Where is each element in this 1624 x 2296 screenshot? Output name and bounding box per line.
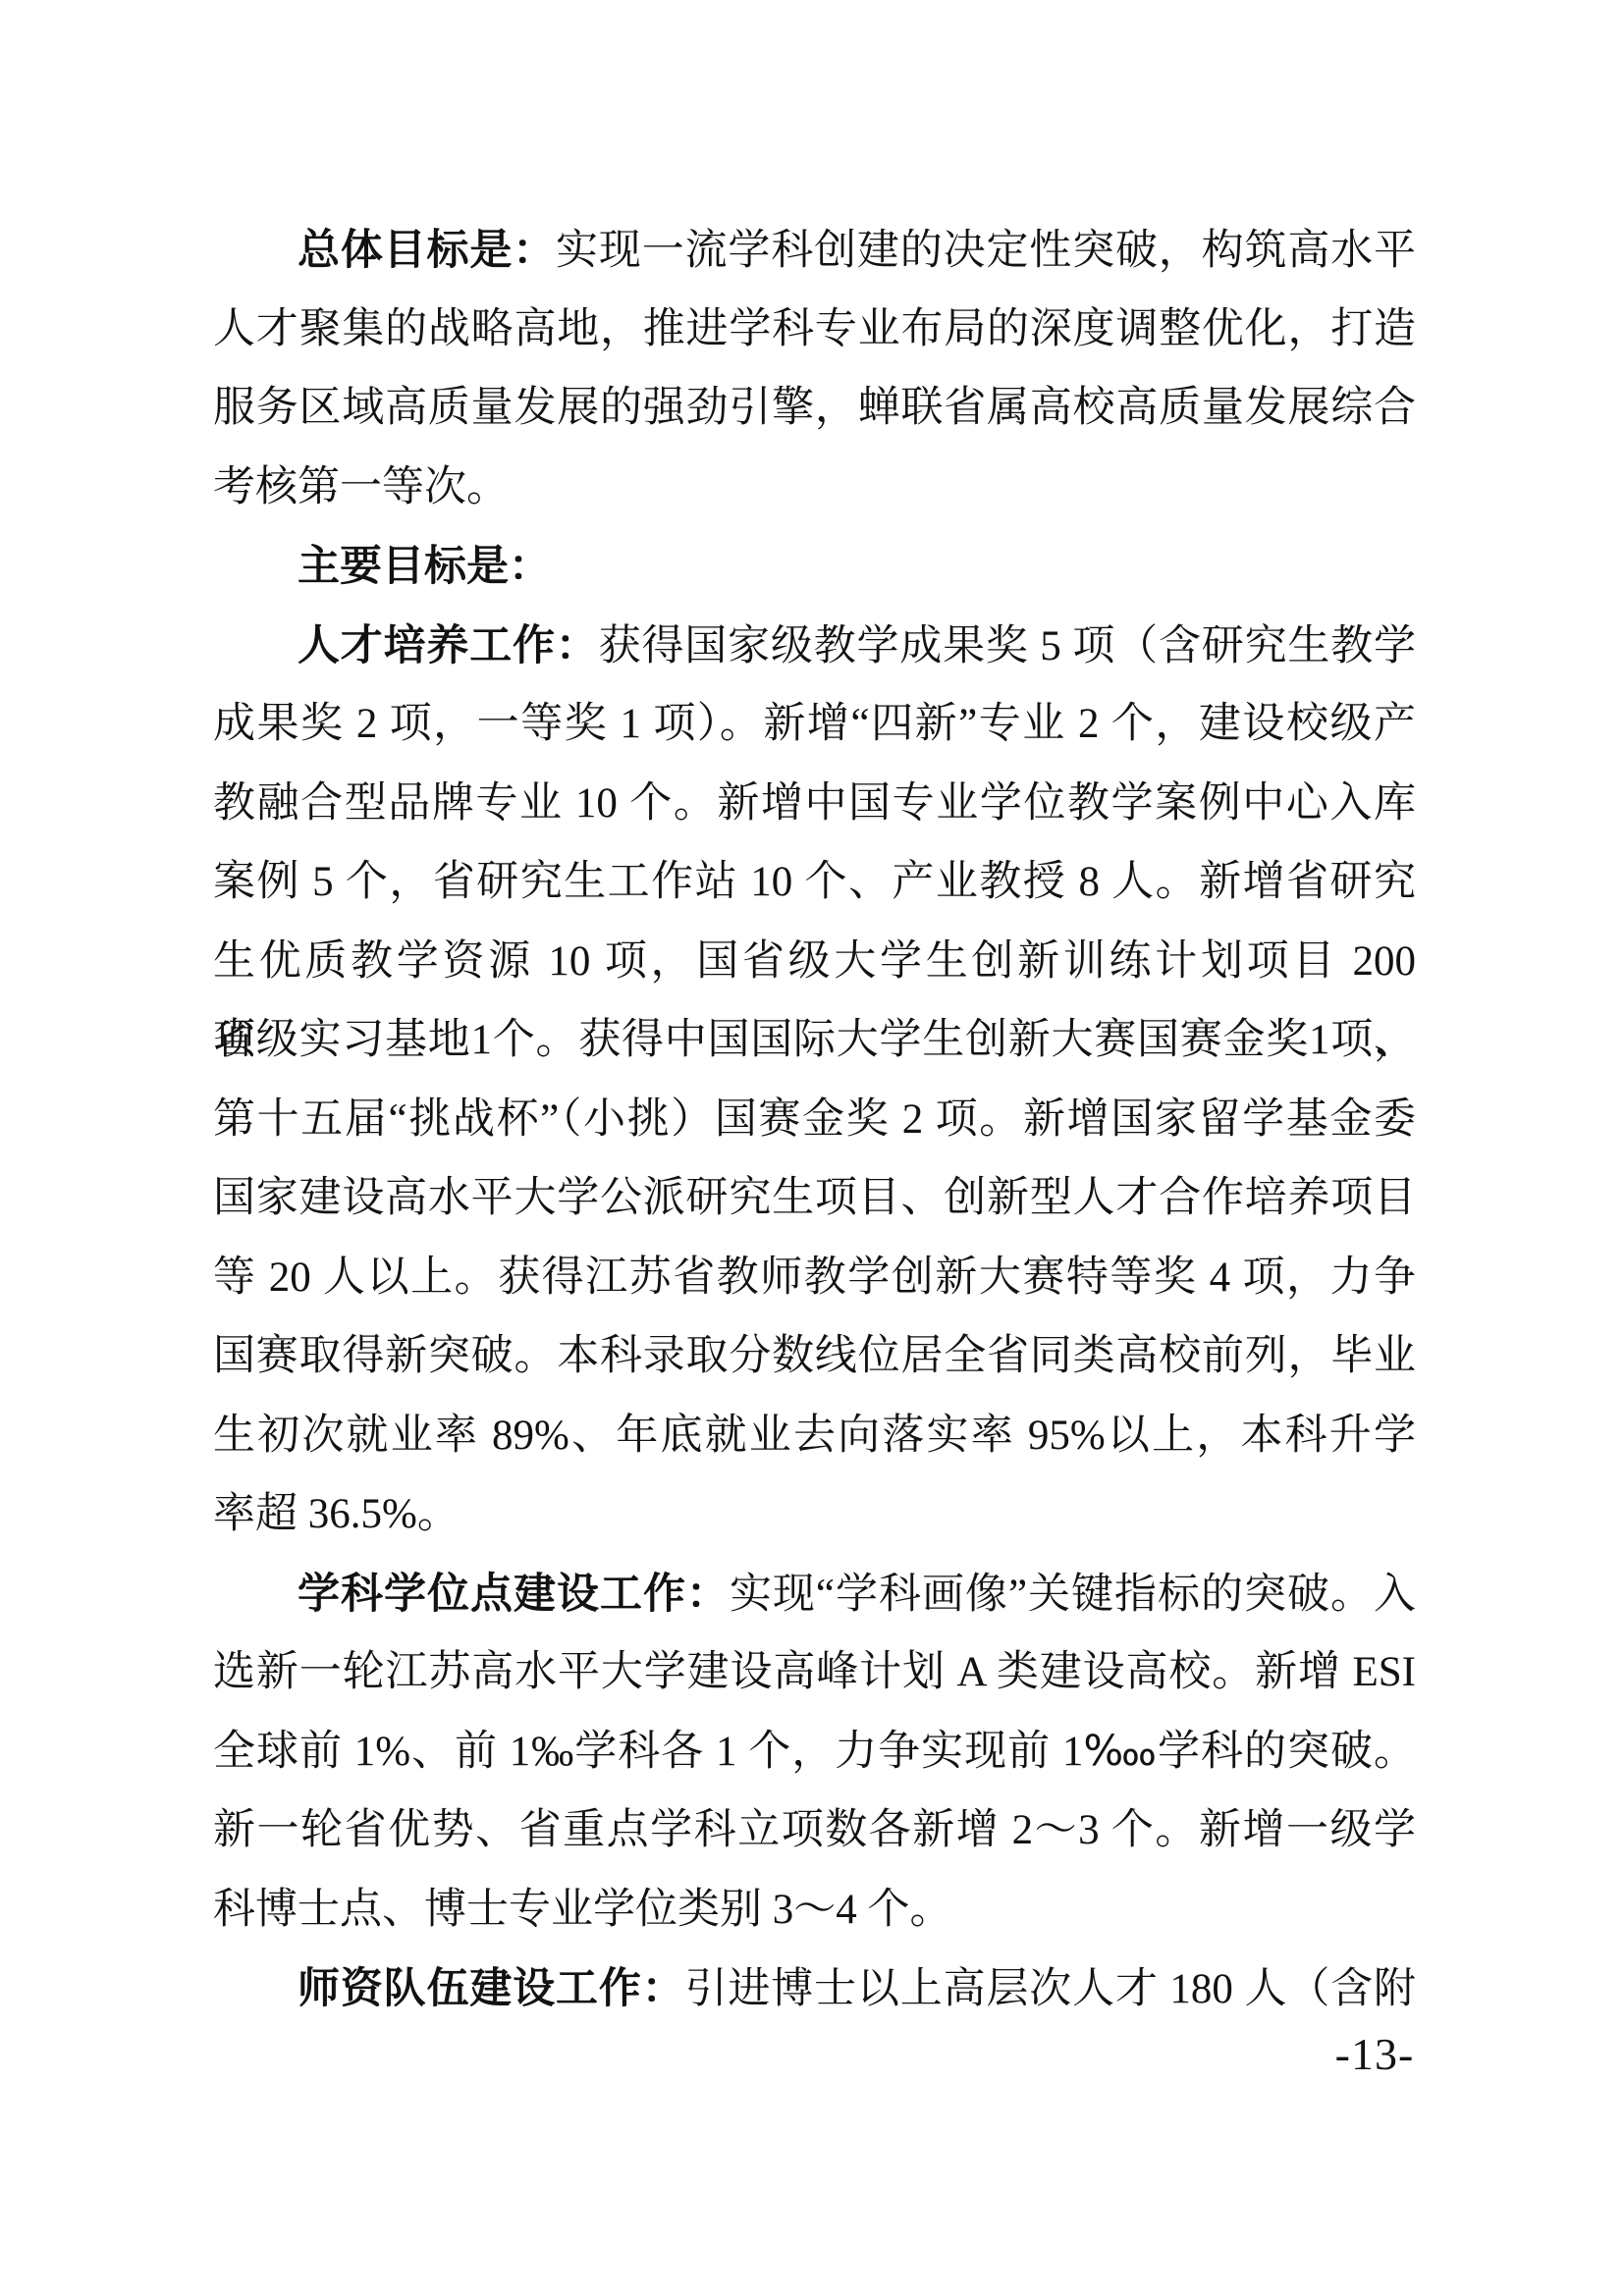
document-page: 总体目标是：实现一流学科创建的决定性突破，构筑高水平人才聚集的战略高地，推进学科… <box>0 0 1624 2296</box>
body-text: 选新一轮江苏高水平大学建设高峰计划 A 类建设高校。新增 ESI <box>213 1649 1416 1695</box>
body-text: 服务区域高质量发展的强劲引擎，蝉联省属高校高质量发展综合 <box>213 385 1416 431</box>
body-text: 国家建设高水平大学公派研究生项目、创新型人才合作培养项目 <box>213 1175 1416 1221</box>
text-line: 人才培养工作：获得国家级教学成果奖 5 项（含研究生教学 <box>213 607 1416 686</box>
text-line: 新一轮省优势、省重点学科立项数各新增 2～3 个。新增一级学 <box>213 1791 1416 1871</box>
document-body: 总体目标是：实现一流学科创建的决定性突破，构筑高水平人才聚集的战略高地，推进学科… <box>213 211 1416 2029</box>
text-line: 国家建设高水平大学公派研究生项目、创新型人才合作培养项目 <box>213 1159 1416 1239</box>
text-line: 人才聚集的战略高地，推进学科专业布局的深度调整优化，打造 <box>213 291 1416 370</box>
text-line: 成果奖 2 项，一等奖 1 项）。新增“四新”专业 2 个，建设校级产 <box>213 685 1416 765</box>
body-text: 考核第一等次。 <box>213 464 509 510</box>
body-text: 获得国家级教学成果奖 5 项（含研究生教学 <box>599 623 1416 669</box>
text-line: 生优质教学资源 10 项，国省级大学生创新训练计划项目 200 项， <box>213 923 1416 1002</box>
body-text: 新一轮省优势、省重点学科立项数各新增 2～3 个。新增一级学 <box>213 1807 1416 1853</box>
text-line: 省级实习基地1个。获得中国国际大学生创新大赛国赛金奖1项、 <box>213 1001 1416 1081</box>
text-line: 选新一轮江苏高水平大学建设高峰计划 A 类建设高校。新增 ESI <box>213 1633 1416 1713</box>
text-line: 师资队伍建设工作：引进博士以上高层次人才 180 人（含附 <box>213 1949 1416 2029</box>
section-heading-text: 学科学位点建设工作： <box>298 1571 730 1618</box>
text-line: 案例 5 个，省研究生工作站 10 个、产业教授 8 人。新增省研究 <box>213 843 1416 923</box>
body-text: 国赛取得新突破。本科录取分数线位居全省同类高校前列，毕业 <box>213 1333 1416 1379</box>
section-heading-text: 主要目标是： <box>298 543 551 590</box>
text-line: 总体目标是：实现一流学科创建的决定性突破，构筑高水平 <box>213 211 1416 291</box>
text-line: 科博士点、博士专业学位类别 3～4 个。 <box>213 1871 1416 1950</box>
body-text: 全球前 1%、前 1‰学科各 1 个，力争实现前 1‱学科的突破。 <box>213 1729 1416 1775</box>
body-text: 生初次就业率 89%、年底就业去向落实率 95%以上，本科升学 <box>213 1413 1416 1459</box>
body-text: 等 20 人以上。获得江苏省教师教学创新大赛特等奖 4 项，力争 <box>213 1255 1416 1301</box>
text-line: 服务区域高质量发展的强劲引擎，蝉联省属高校高质量发展综合 <box>213 369 1416 449</box>
text-line: 国赛取得新突破。本科录取分数线位居全省同类高校前列，毕业 <box>213 1317 1416 1397</box>
text-line: 全球前 1%、前 1‰学科各 1 个，力争实现前 1‱学科的突破。 <box>213 1713 1416 1792</box>
body-text: 科博士点、博士专业学位类别 3～4 个。 <box>213 1887 952 1933</box>
text-line: 生初次就业率 89%、年底就业去向落实率 95%以上，本科升学 <box>213 1397 1416 1476</box>
body-text: 人才聚集的战略高地，推进学科专业布局的深度调整优化，打造 <box>213 306 1416 352</box>
text-line: 学科学位点建设工作：实现“学科画像”关键指标的突破。入 <box>213 1555 1416 1634</box>
text-line: 等 20 人以上。获得江苏省教师教学创新大赛特等奖 4 项，力争 <box>213 1239 1416 1318</box>
section-heading-text: 师资队伍建设工作： <box>298 1965 685 2012</box>
body-text: 成果奖 2 项，一等奖 1 项）。新增“四新”专业 2 个，建设校级产 <box>213 701 1416 747</box>
text-line: 率超 36.5%。 <box>213 1475 1416 1555</box>
body-text: 省级实习基地1个。获得中国国际大学生创新大赛国赛金奖1项、 <box>213 1017 1416 1063</box>
text-line: 主要目标是： <box>213 527 1416 607</box>
body-text: 案例 5 个，省研究生工作站 10 个、产业教授 8 人。新增省研究 <box>213 859 1416 905</box>
text-line: 第十五届“挑战杯”（小挑）国赛金奖 2 项。新增国家留学基金委 <box>213 1081 1416 1160</box>
section-heading-text: 总体目标是： <box>298 227 556 274</box>
body-text: 实现“学科画像”关键指标的突破。入 <box>730 1572 1416 1618</box>
body-text: 第十五届“挑战杯”（小挑）国赛金奖 2 项。新增国家留学基金委 <box>213 1096 1416 1143</box>
section-heading-text: 人才培养工作： <box>298 622 599 669</box>
body-text: 实现一流学科创建的决定性突破，构筑高水平 <box>556 228 1416 274</box>
body-text: 率超 36.5%。 <box>213 1491 460 1537</box>
body-text: 引进博士以上高层次人才 180 人（含附 <box>685 1966 1416 2012</box>
body-text: 教融合型品牌专业 10 个。新增中国专业学位教学案例中心入库 <box>213 780 1416 827</box>
text-line: 考核第一等次。 <box>213 449 1416 528</box>
page-number: -13- <box>1326 2030 1424 2079</box>
text-line: 教融合型品牌专业 10 个。新增中国专业学位教学案例中心入库 <box>213 765 1416 844</box>
